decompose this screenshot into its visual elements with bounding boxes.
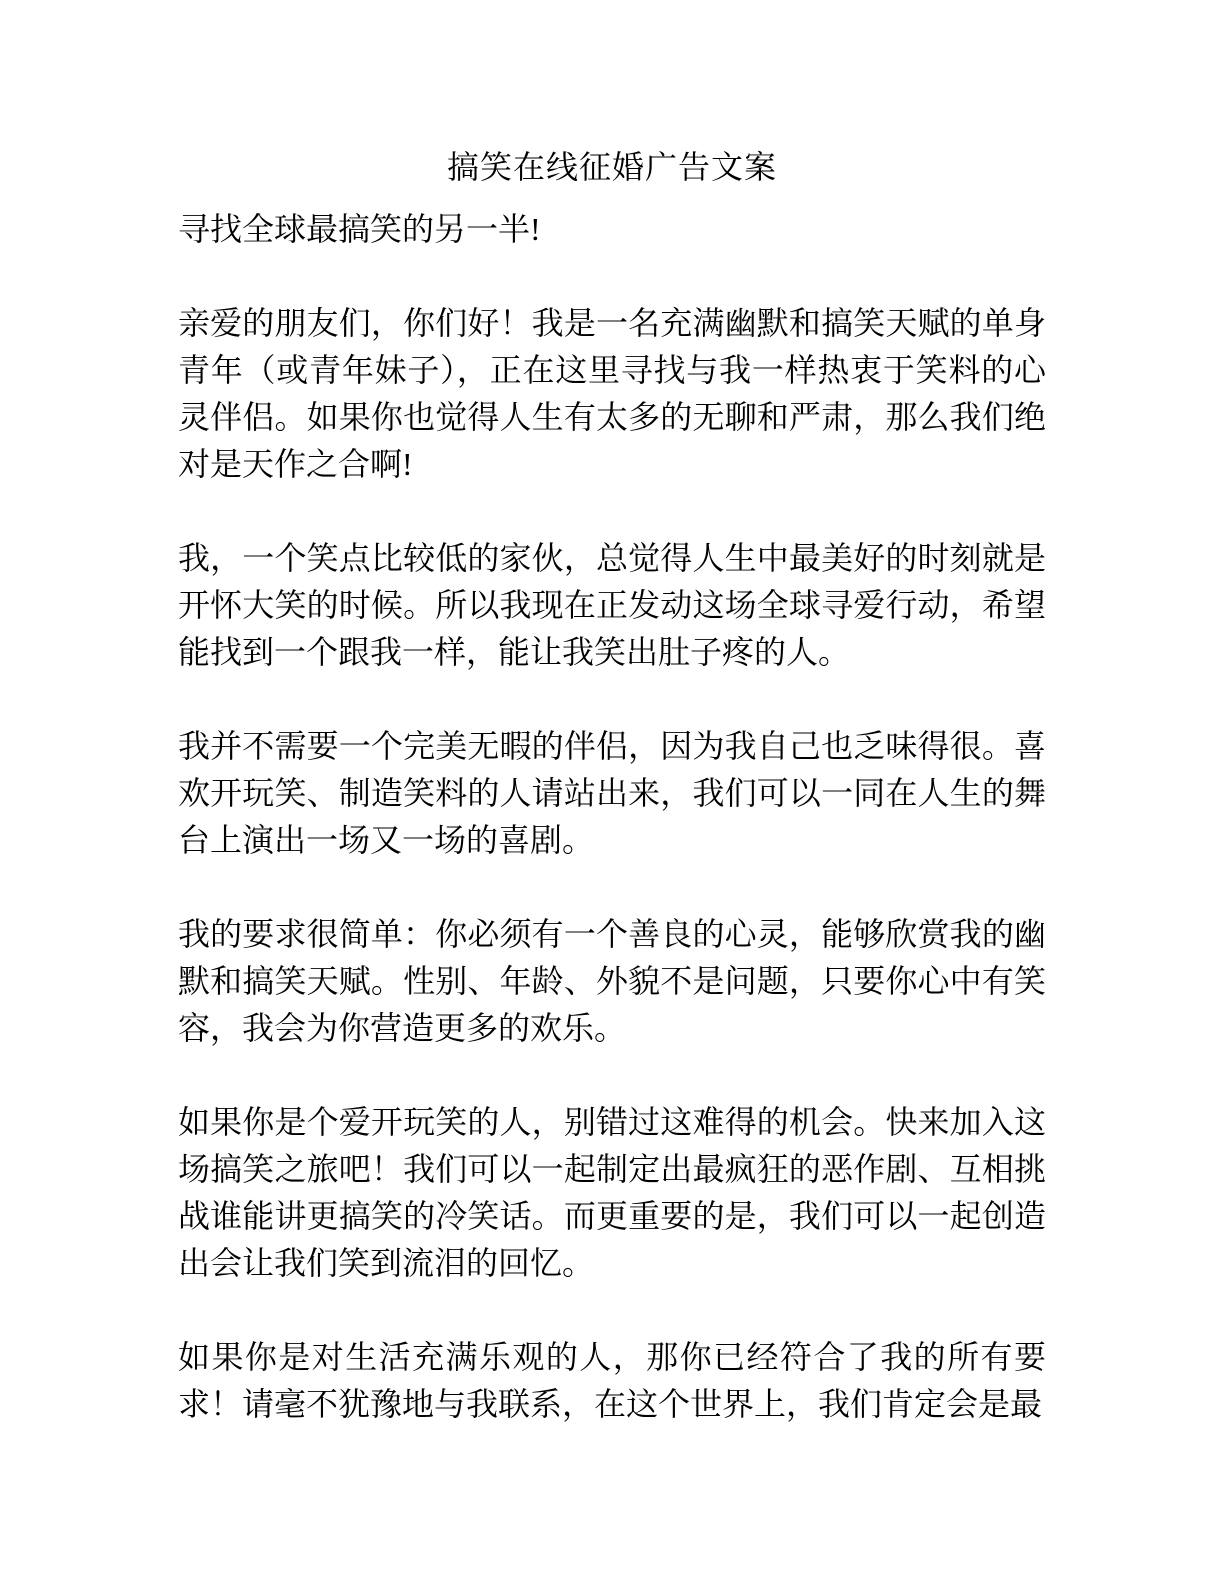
paragraph-invitation: 如果你是个爱开玩笑的人，别错过这难得的机会。快来加入这场搞笑之旅吧！我们可以一起… bbox=[178, 1099, 1046, 1287]
paragraph-self-intro: 我，一个笑点比较低的家伙，总觉得人生中最美好的时刻就是开怀大笑的时候。所以我现在… bbox=[178, 535, 1046, 676]
paragraph-closing: 如果你是对生活充满乐观的人，那你已经符合了我的所有要求！请毫不犹豫地与我联系，在… bbox=[178, 1334, 1046, 1428]
paragraph-partner-wish: 我并不需要一个完美无暇的伴侣，因为我自己也乏味得很。喜欢开玩笑、制造笑料的人请站… bbox=[178, 723, 1046, 864]
paragraph-requirements: 我的要求很简单：你必须有一个善良的心灵，能够欣赏我的幽默和搞笑天赋。性别、年龄、… bbox=[178, 911, 1046, 1052]
document-title: 搞笑在线征婚广告文案 bbox=[178, 144, 1046, 191]
document-page: 搞笑在线征婚广告文案 寻找全球最搞笑的另一半! 亲爱的朋友们，你们好！我是一名充… bbox=[0, 0, 1224, 1584]
paragraph-tagline: 寻找全球最搞笑的另一半! bbox=[178, 206, 1046, 253]
paragraph-greeting: 亲爱的朋友们，你们好！我是一名充满幽默和搞笑天赋的单身青年（或青年妹子），正在这… bbox=[178, 300, 1046, 488]
